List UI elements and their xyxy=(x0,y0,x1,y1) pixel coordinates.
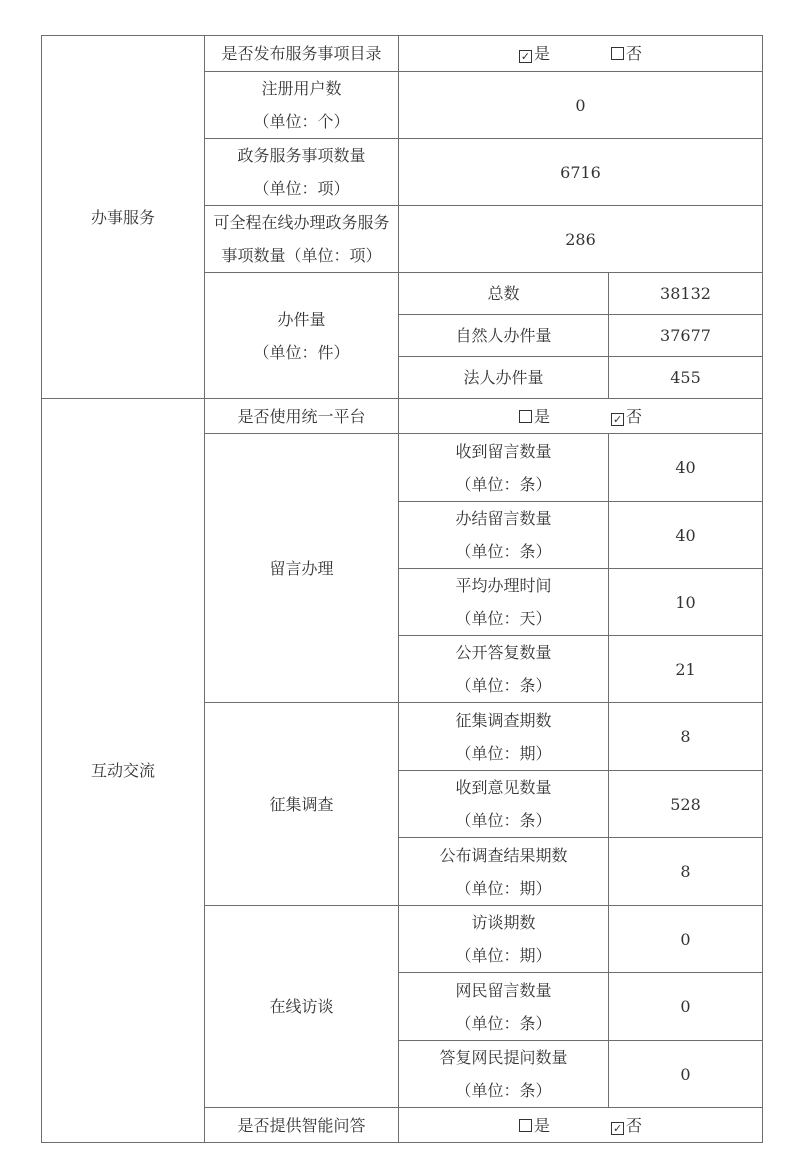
service-items-label: 政务服务事项数量 （单位：项） xyxy=(205,139,399,206)
cases-natural-value: 37677 xyxy=(609,315,763,357)
cases-total-value: 38132 xyxy=(609,273,763,315)
label-text: 平均办理时间 xyxy=(399,569,608,602)
interviews-messages-label: 网民留言数量 （单位：条） xyxy=(399,973,609,1041)
option-no[interactable]: ✓否 xyxy=(611,400,642,433)
table-row: 互动交流 是否使用统一平台 是 ✓否 xyxy=(42,399,763,434)
label-text: 办件量 xyxy=(205,303,398,336)
label-text: 答复网民提问数量 xyxy=(399,1041,608,1074)
option-no[interactable]: ✓否 xyxy=(611,1109,642,1142)
cases-natural-label: 自然人办件量 xyxy=(399,315,609,357)
messages-avg-time-value: 10 xyxy=(609,569,763,636)
smart-qa-options: 是 ✓否 xyxy=(399,1108,763,1143)
service-items-value: 6716 xyxy=(399,139,763,206)
table-row: 办事服务 是否发布服务事项目录 ✓是 否 xyxy=(42,36,763,72)
unit-text: （单位：期） xyxy=(399,872,608,905)
surveys-periods-label: 征集调查期数 （单位：期） xyxy=(399,703,609,771)
option-label: 是 xyxy=(534,407,550,426)
label-text: 访谈期数 xyxy=(399,906,608,939)
unit-text: （单位：个） xyxy=(205,105,398,138)
label-text: 公布调查结果期数 xyxy=(399,839,608,872)
surveys-periods-value: 8 xyxy=(609,703,763,771)
unified-platform-options: 是 ✓否 xyxy=(399,399,763,434)
option-label: 是 xyxy=(534,44,550,63)
option-yes[interactable]: 是 xyxy=(519,1109,550,1142)
registered-users-label: 注册用户数 （单位：个） xyxy=(205,72,399,139)
label-text: 收到意见数量 xyxy=(399,771,608,804)
label-text: 公开答复数量 xyxy=(399,636,608,669)
unit-text: （单位：条） xyxy=(399,1074,608,1107)
catalog-published-label: 是否发布服务事项目录 xyxy=(205,36,399,72)
messages-avg-time-label: 平均办理时间 （单位：天） xyxy=(399,569,609,636)
unit-text: （单位：条） xyxy=(399,535,608,568)
label-text: 办结留言数量 xyxy=(399,502,608,535)
unit-text: （单位：条） xyxy=(399,669,608,702)
label-text: 收到留言数量 xyxy=(399,435,608,468)
unit-text: （单位：条） xyxy=(399,804,608,837)
option-label: 否 xyxy=(626,1116,642,1135)
option-yes[interactable]: ✓是 xyxy=(519,37,550,70)
online-items-value: 286 xyxy=(399,206,763,273)
label-text: 征集调查期数 xyxy=(399,704,608,737)
messages-closed-value: 40 xyxy=(609,502,763,569)
surveys-results-label: 公布调查结果期数 （单位：期） xyxy=(399,838,609,906)
interviews-messages-value: 0 xyxy=(609,973,763,1041)
option-no[interactable]: 否 xyxy=(611,37,642,70)
interviews-label: 在线访谈 xyxy=(205,906,399,1108)
messages-closed-label: 办结留言数量 （单位：条） xyxy=(399,502,609,569)
cases-label: 办件量 （单位：件） xyxy=(205,273,399,399)
checkbox-unchecked-icon[interactable] xyxy=(519,410,532,423)
checkbox-checked-icon[interactable]: ✓ xyxy=(519,50,532,63)
checkbox-unchecked-icon[interactable] xyxy=(519,1119,532,1132)
unified-platform-label: 是否使用统一平台 xyxy=(205,399,399,434)
label-text: 注册用户数 xyxy=(205,72,398,105)
option-label: 否 xyxy=(626,44,642,63)
online-items-label: 可全程在线办理政务服务 事项数量（单位：项） xyxy=(205,206,399,273)
section-label-service: 办事服务 xyxy=(42,36,205,399)
label-text: 可全程在线办理政务服务 xyxy=(205,206,398,239)
option-label: 否 xyxy=(626,407,642,426)
label-text: 政务服务事项数量 xyxy=(205,139,398,172)
checkbox-unchecked-icon[interactable] xyxy=(611,47,624,60)
surveys-opinions-label: 收到意见数量 （单位：条） xyxy=(399,771,609,838)
messages-label: 留言办理 xyxy=(205,434,399,703)
cases-legal-label: 法人办件量 xyxy=(399,357,609,399)
messages-received-value: 40 xyxy=(609,434,763,502)
unit-text: （单位：期） xyxy=(399,737,608,770)
section-label-interaction: 互动交流 xyxy=(42,399,205,1143)
messages-public-reply-value: 21 xyxy=(609,636,763,703)
interviews-replies-value: 0 xyxy=(609,1041,763,1108)
unit-text: （单位：期） xyxy=(399,939,608,972)
interviews-periods-label: 访谈期数 （单位：期） xyxy=(399,906,609,973)
messages-received-label: 收到留言数量 （单位：条） xyxy=(399,434,609,502)
unit-text: （单位：件） xyxy=(205,336,398,369)
registered-users-value: 0 xyxy=(399,72,763,139)
surveys-label: 征集调查 xyxy=(205,703,399,906)
label-text: 网民留言数量 xyxy=(399,974,608,1007)
unit-text: （单位：条） xyxy=(399,1007,608,1040)
interviews-periods-value: 0 xyxy=(609,906,763,973)
catalog-published-options: ✓是 否 xyxy=(399,36,763,72)
unit-text: （单位：项） xyxy=(205,172,398,205)
interviews-replies-label: 答复网民提问数量 （单位：条） xyxy=(399,1041,609,1108)
cases-legal-value: 455 xyxy=(609,357,763,399)
label-text: 事项数量（单位：项） xyxy=(205,239,398,272)
surveys-results-value: 8 xyxy=(609,838,763,906)
checkbox-checked-icon[interactable]: ✓ xyxy=(611,413,624,426)
option-yes[interactable]: 是 xyxy=(519,400,550,433)
option-label: 是 xyxy=(534,1116,550,1135)
smart-qa-label: 是否提供智能问答 xyxy=(205,1108,399,1143)
surveys-opinions-value: 528 xyxy=(609,771,763,838)
messages-public-reply-label: 公开答复数量 （单位：条） xyxy=(399,636,609,703)
checkbox-checked-icon[interactable]: ✓ xyxy=(611,1122,624,1135)
unit-text: （单位：条） xyxy=(399,468,608,501)
unit-text: （单位：天） xyxy=(399,602,608,635)
cases-total-label: 总数 xyxy=(399,273,609,315)
statistics-table: 办事服务 是否发布服务事项目录 ✓是 否 注册用户数 （单位：个） 0 政务服务… xyxy=(41,35,763,1143)
